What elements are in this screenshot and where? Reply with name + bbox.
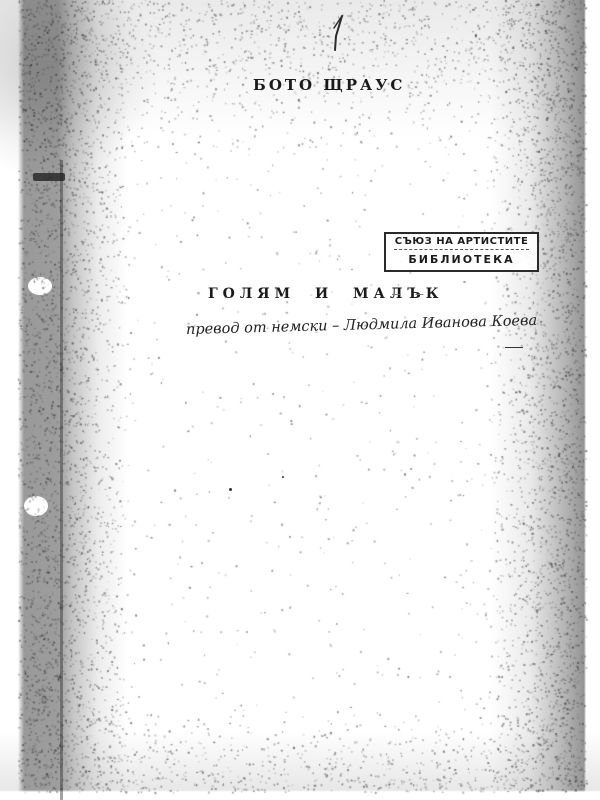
library-stamp: СЪЮЗ НА АРТИСТИТЕ БИБЛИОТЕКА bbox=[384, 232, 539, 272]
handwritten-page-number bbox=[328, 14, 358, 54]
page-number-glyph bbox=[328, 14, 358, 54]
scan-shadow-left bbox=[18, 0, 128, 800]
scan-shadow-right bbox=[490, 0, 600, 800]
punch-hole-lower bbox=[24, 496, 48, 516]
binding-fold-line bbox=[60, 160, 63, 800]
author-name: БОТО ЩРАУС bbox=[253, 76, 405, 94]
stamp-organization: СЪЮЗ НА АРТИСТИТЕ bbox=[386, 236, 537, 248]
ink-speck bbox=[229, 488, 232, 491]
scanned-page: БОТО ЩРАУС СЪЮЗ НА АРТИСТИТЕ БИБЛИОТЕКА … bbox=[0, 0, 600, 800]
punch-hole-upper bbox=[28, 277, 52, 295]
ink-speck bbox=[282, 476, 284, 478]
handwritten-translation-note: превод от немски – Людмила Иванова Коева bbox=[186, 313, 538, 338]
stamp-divider bbox=[394, 249, 529, 251]
stamp-library: БИБЛИОТЕКА bbox=[386, 252, 537, 268]
binding-mark bbox=[33, 173, 65, 181]
title-trailing-dashes: – – bbox=[392, 287, 427, 302]
scan-shadow-bottom bbox=[0, 730, 600, 800]
handwritten-underline bbox=[505, 347, 523, 348]
